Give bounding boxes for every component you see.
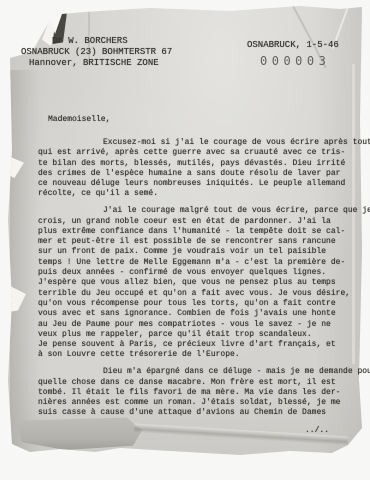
letter-line: quelle chose dans ce danse macabre. Mon … [38,378,358,388]
letter-line: à son Louvre cette trésorerie de l'Europ… [38,350,358,360]
letter-text-layer: Dr W. BORCHERS OSNABRUCK (23) BOHMTERSTR… [0,0,370,480]
letter-line: plus extrême confiance dans l'humanité -… [38,227,358,237]
archive-stamp-number: 000003 [260,54,330,68]
scanned-letter-page: Dr W. BORCHERS OSNABRUCK (23) BOHMTERSTR… [0,0,370,480]
letter-line: veux plus me rappeler, parce qu'il était… [38,330,358,340]
letter-line: Dieu m'a épargné dans ce déluge - mais j… [38,367,358,377]
sender-address: OSNABRUCK (23) BOHMTERSTR 67 [21,47,172,58]
letter-line: qu'on vous récompense pour tous les tort… [38,299,358,309]
letter-line: au Jeu de Paume pour mes compatriotes - … [38,320,358,330]
letter-line: Excusez-moi si j'ai le courage de vous é… [38,138,358,148]
letter-line: ce nouveau déluge leurs nombreuses iniqu… [38,179,358,189]
letter-line: des crimes de l'espèce humaine a sans do… [38,169,358,179]
letter-line: qui est arrivé, après cette guerre avec … [38,148,358,158]
sender-name: Dr W. BORCHERS [52,36,128,47]
letter-line: J'ai le courage malgré tout de vous écri… [38,206,358,216]
salutation: Mademoiselle, [48,115,110,124]
letter-line: crois, un grand noble coeur est en état … [38,217,358,227]
letter-line: temps ! Une lettre de Melle Eggemann m'a… [38,258,358,268]
dateline: OSNABRUCK, 1-5-46 [247,40,339,51]
paragraph: Excusez-moi si j'ai le courage de vous é… [38,138,358,200]
letter-line: mer et peut-être il est possible de se r… [38,237,358,247]
letter-line: J'espère que vous allez bien, que vous n… [38,278,358,288]
letter-line: suis casse à cause d'une attaque d'avion… [38,408,358,418]
sender-zone: Hannover, BRITISCHE ZONE [29,58,159,69]
continuation-mark: ../.. [305,426,329,435]
paragraph: J'ai le courage malgré tout de vous écri… [38,206,358,360]
letter-line: Je pense souvent à Paris, ce précieux li… [38,340,358,350]
letter-paragraphs: Excusez-moi si j'ai le courage de vous é… [38,138,358,425]
letter-line: récolte, ce qu'il a semé. [38,189,358,199]
letter-line: nières années est comme un roman. J'étai… [38,398,358,408]
letter-line: terrible du Jeu occupé et qu'on a fait a… [38,289,358,299]
letter-line: puis deux années - confirmé de vous envo… [38,268,358,278]
letter-line: tombé. Il était le fils favori de ma mèr… [38,388,358,398]
paragraph: Dieu m'a épargné dans ce déluge - mais j… [38,367,358,418]
letter-line: vous avec et sans ignorance. Combien de … [38,309,358,319]
letter-line: sur un front de paix. Comme je voudrais … [38,247,358,257]
letter-line: te bilan des morts, blessés, mutilés, pa… [38,159,358,169]
